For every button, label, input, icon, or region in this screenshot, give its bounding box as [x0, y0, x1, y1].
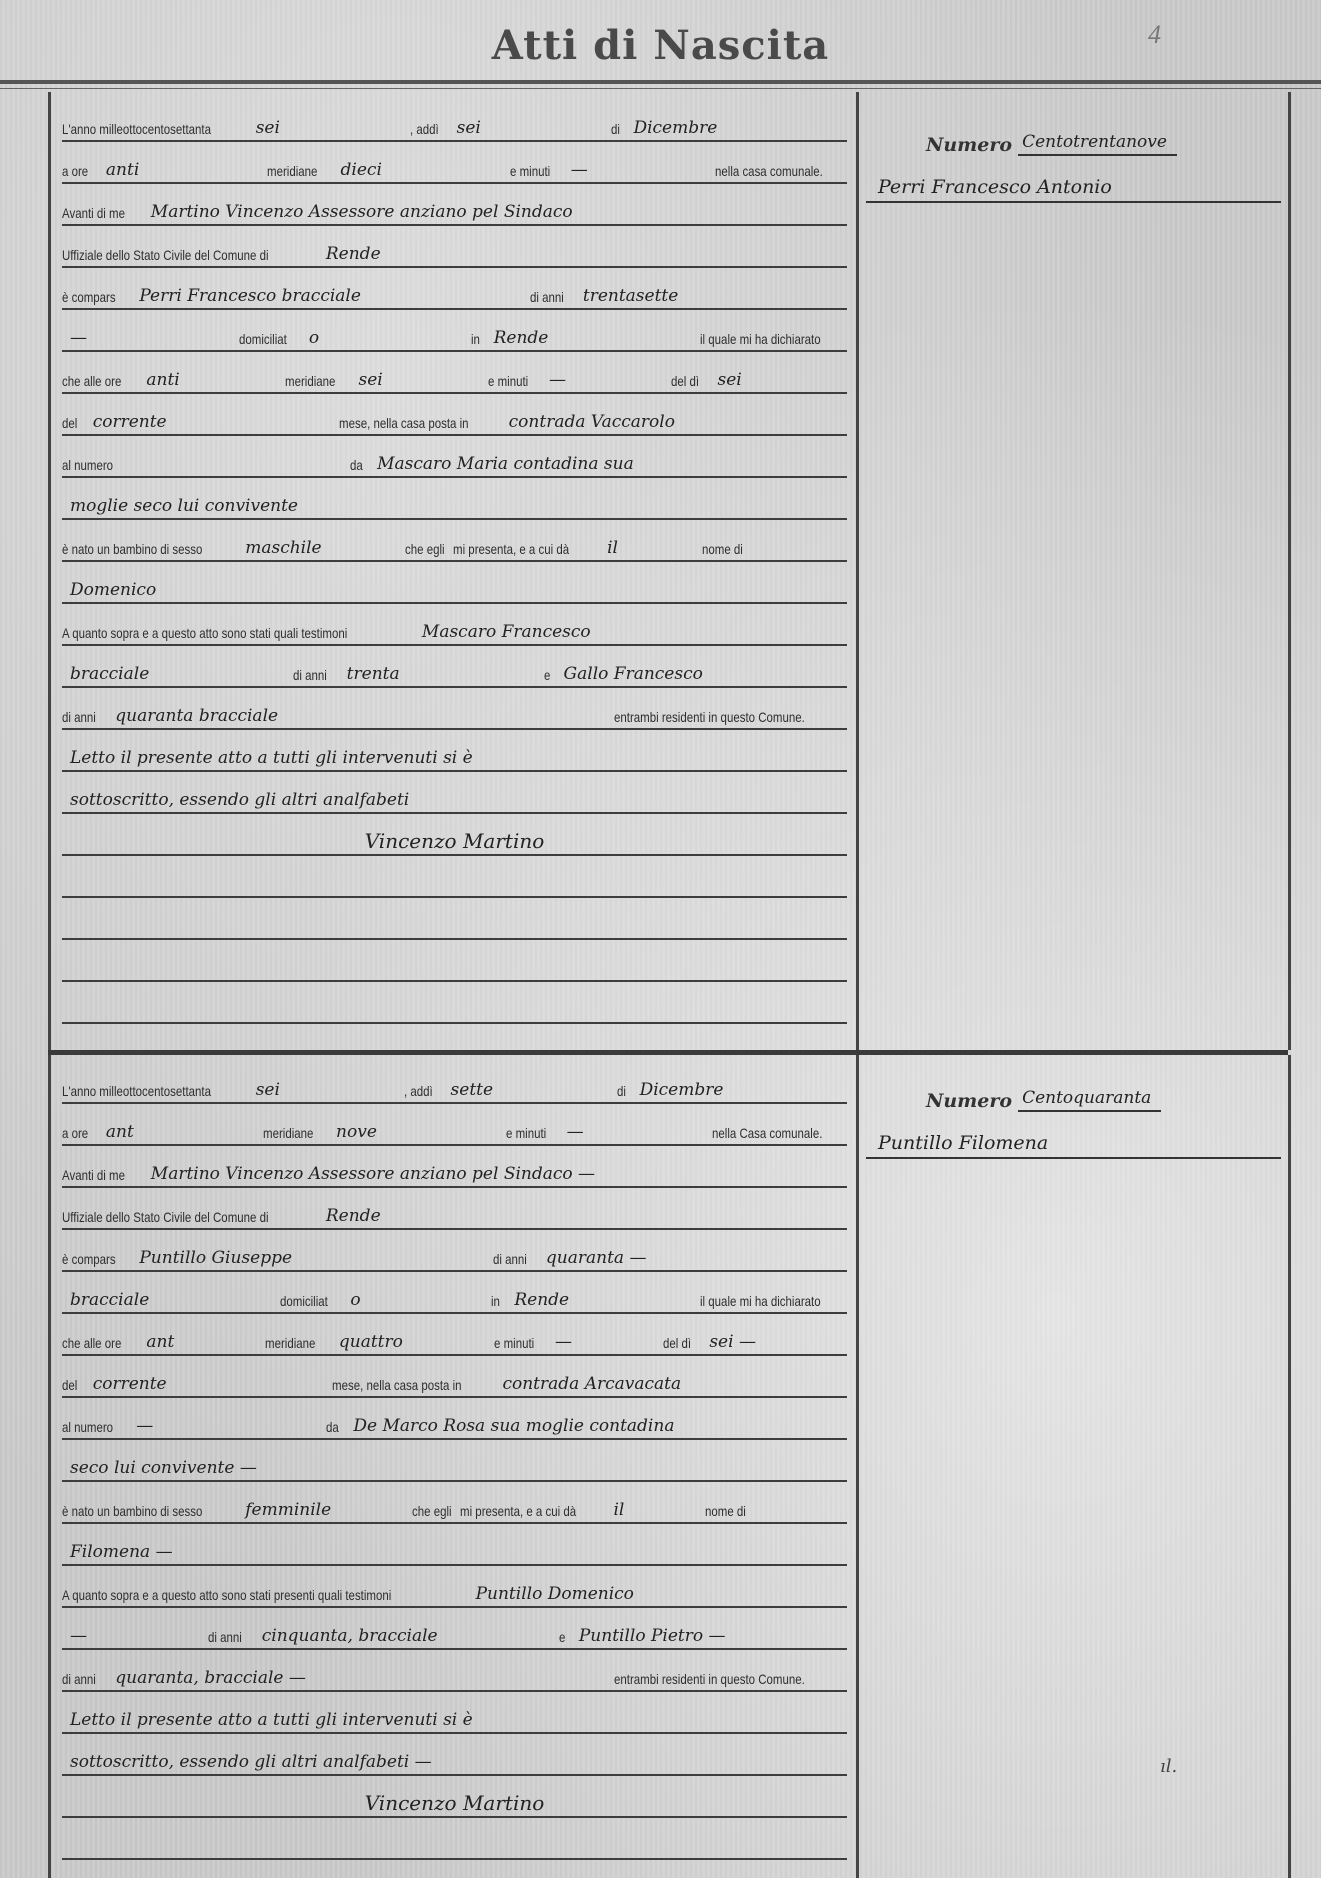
printed-label: a ore	[62, 1126, 88, 1144]
handwritten-value: Puntillo Domenico	[468, 1586, 642, 1606]
entry-2-number: Numero Centoquaranta	[866, 1068, 1281, 1112]
handwritten-value: anti	[98, 162, 147, 182]
blank-ruled-line	[62, 982, 847, 1024]
handwritten-value: quaranta bracciale	[107, 708, 286, 728]
printed-label: Uffiziale dello Stato Civile del Comune …	[62, 248, 269, 266]
printed-label: e minuti	[510, 164, 550, 182]
form-line: Uffiziale dello Stato Civile del Comune …	[62, 226, 847, 268]
printed-label: da	[350, 458, 363, 476]
printed-label: nella casa comunale.	[715, 164, 823, 182]
handwritten-value	[755, 557, 771, 560]
printed-label: di	[617, 1084, 626, 1102]
handwritten-value: nove	[328, 1124, 385, 1144]
printed-label: nome di	[702, 542, 743, 560]
printed-label: meridiane	[263, 1126, 313, 1144]
form-line: braccialedomiciliatoinRendeil quale mi h…	[62, 1272, 847, 1314]
printed-label: A quanto sopra e a questo atto sono stat…	[62, 1588, 391, 1606]
handwritten-value: corrente	[85, 1376, 175, 1396]
printed-label: e minuti	[494, 1336, 534, 1354]
handwritten-value: Rende	[506, 1292, 577, 1312]
handwritten-value: o	[301, 330, 327, 350]
entry-1-margin-frame	[856, 92, 1291, 1050]
form-line: che alle oreantimeridianeseie minuti—del…	[62, 352, 847, 394]
form-line: delcorrentemese, nella casa posta incont…	[62, 1356, 847, 1398]
printed-label: e	[544, 668, 550, 686]
handwritten-value	[128, 473, 144, 476]
handwritten-value: corrente	[85, 414, 175, 434]
form-line: è nato un bambino di sessomaschileche eg…	[62, 520, 847, 562]
form-line: seco lui convivente —	[62, 1440, 847, 1482]
officer-signature: Vincenzo Martino	[357, 1793, 553, 1816]
form-line: al numerodaMascaro Maria contadina sua	[62, 436, 847, 478]
printed-label: in	[471, 332, 480, 350]
handwritten-value: trenta	[339, 666, 408, 686]
handwritten-value: quattro	[331, 1334, 411, 1354]
printed-label: mi presenta, e a cui dà	[453, 542, 569, 560]
form-line: che alle oreantmeridianequattroe minuti—…	[62, 1314, 847, 1356]
form-line: —di annicinquanta, braccialeePuntillo Pi…	[62, 1608, 847, 1650]
handwritten-value: bracciale	[62, 666, 157, 686]
handwritten-value: maschile	[237, 540, 329, 560]
handwritten-value: —	[559, 1124, 592, 1144]
handwritten-value: De Marco Rosa sua moglie contadina	[345, 1418, 682, 1438]
handwritten-value: Martino Vincenzo Assessore anziano pel S…	[143, 1166, 603, 1186]
handwritten-value: —	[547, 1334, 580, 1354]
printed-label: A quanto sopra e a questo atto sono stat…	[62, 626, 347, 644]
form-line: A quanto sopra e a questo atto sono stat…	[62, 1566, 847, 1608]
form-line: Avanti di meMartino Vincenzo Assessore a…	[62, 1146, 847, 1188]
printed-label: che egli	[412, 1504, 452, 1522]
handwritten-value: cinquanta, bracciale	[254, 1628, 446, 1648]
handwritten-value: sei	[248, 1082, 288, 1102]
printed-label: del dì	[671, 374, 699, 392]
printed-label: , addì	[410, 122, 439, 140]
printed-label: L'anno milleottocentosettanta	[62, 122, 211, 140]
form-line: Avanti di meMartino Vincenzo Assessore a…	[62, 184, 847, 226]
number-label: Numero	[926, 1090, 1012, 1112]
form-line: Filomena —	[62, 1524, 847, 1566]
form-line: di anniquaranta, bracciale —entrambi res…	[62, 1650, 847, 1692]
form-line: Letto il presente atto a tutti gli inter…	[62, 1692, 847, 1734]
printed-label: mese, nella casa posta in	[339, 416, 469, 434]
number-value: Centotrentanove	[1018, 132, 1177, 156]
handwritten-value: contrada Arcavacata	[494, 1376, 689, 1396]
handwritten-value: seco lui convivente —	[62, 1460, 265, 1480]
form-line: a oreantmeridianenovee minuti—nella Casa…	[62, 1104, 847, 1146]
handwritten-value: —	[563, 162, 596, 182]
printed-label: entrambi residenti in questo Comune.	[614, 1672, 805, 1690]
printed-label: di anni	[493, 1252, 527, 1270]
handwritten-value: anti	[138, 372, 187, 392]
handwritten-value: bracciale	[62, 1292, 157, 1312]
printed-label: che alle ore	[62, 1336, 121, 1354]
number-value: Centoquaranta	[1018, 1088, 1161, 1112]
entry-1-margin-name: Perri Francesco Antonio	[866, 156, 1281, 203]
printed-label: che egli	[405, 542, 445, 560]
handwritten-value: quaranta —	[538, 1250, 655, 1270]
page-corner-mark: 4	[1148, 20, 1161, 50]
form-line: Letto il presente atto a tutti gli inter…	[62, 730, 847, 772]
form-line: L'anno milleottocentosettantasei, addìse…	[62, 100, 847, 142]
printed-label: nome di	[705, 1504, 746, 1522]
handwritten-value: sei	[350, 372, 390, 392]
form-line: L'anno milleottocentosettantasei, addìse…	[62, 1062, 847, 1104]
officer-signature: Vincenzo Martino	[357, 831, 553, 854]
entry-2-margin: Numero Centoquaranta Puntillo Filomena	[866, 1068, 1281, 1159]
printed-label: il quale mi ha dichiarato	[700, 332, 821, 350]
entry-separator	[48, 1050, 1288, 1055]
handwritten-value: —	[128, 1418, 161, 1438]
handwritten-value	[759, 1519, 775, 1522]
handwritten-value: ant	[98, 1124, 142, 1144]
printed-label: nella Casa comunale.	[712, 1126, 822, 1144]
form-line: delcorrentemese, nella casa posta incont…	[62, 394, 847, 436]
handwritten-value: sei	[710, 372, 750, 392]
form-line: è comparsPerri Francesco braccialedi ann…	[62, 268, 847, 310]
handwritten-value: sei —	[701, 1334, 764, 1354]
handwritten-value: Dicembre	[625, 120, 725, 140]
handwritten-value: moglie seco lui convivente	[62, 498, 306, 518]
handwritten-value: sottoscritto, essendo gli altri analfabe…	[62, 792, 417, 812]
entry-2-margin-name: Puntillo Filomena	[866, 1112, 1281, 1159]
form-line: Vincenzo Martino	[62, 1776, 847, 1818]
handwritten-value: sette	[443, 1082, 502, 1102]
handwritten-value: il	[605, 1502, 632, 1522]
handwritten-value: quaranta, bracciale —	[107, 1670, 314, 1690]
printed-label: domiciliat	[280, 1294, 328, 1312]
handwritten-value: —	[62, 330, 95, 350]
handwritten-value: —	[62, 1628, 95, 1648]
printed-label: del dì	[663, 1336, 691, 1354]
printed-label: Uffiziale dello Stato Civile del Comune …	[62, 1210, 269, 1228]
form-line: sottoscritto, essendo gli altri analfabe…	[62, 1734, 847, 1776]
handwritten-value: dieci	[333, 162, 390, 182]
handwritten-value: il	[599, 540, 626, 560]
handwritten-value: sei	[449, 120, 489, 140]
form-line: è comparsPuntillo Giuseppedi anniquarant…	[62, 1230, 847, 1272]
handwritten-value: Puntillo Giuseppe	[131, 1250, 300, 1270]
blank-ruled-line	[62, 898, 847, 940]
printed-label: meridiane	[285, 374, 335, 392]
form-line: Uffiziale dello Stato Civile del Comune …	[62, 1188, 847, 1230]
handwritten-value: Martino Vincenzo Assessore anziano pel S…	[143, 204, 581, 224]
printed-label: e	[559, 1630, 565, 1648]
printed-label: che alle ore	[62, 374, 121, 392]
entry-2-margin-frame	[856, 1055, 1291, 1878]
header-rule	[0, 80, 1321, 84]
entry-1-form: L'anno milleottocentosettantasei, addìse…	[62, 100, 847, 1024]
handwritten-value: o	[342, 1292, 368, 1312]
printed-label: di anni	[62, 1672, 96, 1690]
handwritten-value: Filomena —	[62, 1544, 181, 1564]
entry-1-margin: Numero Centotrentanove Perri Francesco A…	[866, 112, 1281, 203]
handwritten-value: Rende	[318, 246, 389, 266]
form-line: sottoscritto, essendo gli altri analfabe…	[62, 772, 847, 814]
form-line: braccialedi annitrentaeGallo Francesco	[62, 646, 847, 688]
handwritten-value: contrada Vaccarolo	[501, 414, 683, 434]
printed-label: meridiane	[267, 164, 317, 182]
handwritten-value: Mascaro Francesco	[414, 624, 599, 644]
header-rule-thin	[0, 88, 1321, 89]
handwritten-value: Rende	[318, 1208, 389, 1228]
printed-label: da	[326, 1420, 339, 1438]
printed-label: di anni	[293, 668, 327, 686]
handwritten-value: Dicembre	[632, 1082, 732, 1102]
entry-1-number: Numero Centotrentanove	[866, 112, 1281, 156]
printed-label: Avanti di me	[62, 206, 125, 224]
form-line: A quanto sopra e a questo atto sono stat…	[62, 604, 847, 646]
printed-label: di anni	[208, 1630, 242, 1648]
blank-ruled-line	[62, 856, 847, 898]
form-line: —domiciliatoinRendeil quale mi ha dichia…	[62, 310, 847, 352]
printed-label: al numero	[62, 1420, 113, 1438]
printed-label: di	[611, 122, 620, 140]
handwritten-value: Letto il presente atto a tutti gli inter…	[62, 1712, 481, 1732]
handwritten-value: Gallo Francesco	[556, 666, 711, 686]
printed-label: in	[491, 1294, 500, 1312]
printed-label: domiciliat	[239, 332, 287, 350]
form-line: moglie seco lui convivente	[62, 478, 847, 520]
handwritten-value: femminile	[237, 1502, 339, 1522]
printed-label: meridiane	[265, 1336, 315, 1354]
printed-label: del	[62, 416, 77, 434]
handwritten-value: Puntillo Pietro —	[571, 1628, 734, 1648]
printed-label: entrambi residenti in questo Comune.	[614, 710, 805, 728]
printed-label: mese, nella casa posta in	[332, 1378, 462, 1396]
handwritten-value: trentasette	[575, 288, 686, 308]
printed-label: di anni	[530, 290, 564, 308]
form-line: è nato un bambino di sessofemminileche e…	[62, 1482, 847, 1524]
entry-2-form: L'anno milleottocentosettantasei, addìse…	[62, 1062, 847, 1860]
blank-ruled-line	[62, 940, 847, 982]
handwritten-value: sottoscritto, essendo gli altri analfabe…	[62, 1754, 440, 1774]
stray-mark: ıl.	[1160, 1756, 1177, 1777]
printed-label: di anni	[62, 710, 96, 728]
printed-label: Avanti di me	[62, 1168, 125, 1186]
printed-label: L'anno milleottocentosettanta	[62, 1084, 211, 1102]
handwritten-value: Domenico	[62, 582, 164, 602]
handwritten-value: ant	[138, 1334, 182, 1354]
handwritten-value: Perri Francesco bracciale	[131, 288, 369, 308]
form-line: al numero—daDe Marco Rosa sua moglie con…	[62, 1398, 847, 1440]
handwritten-value: Letto il presente atto a tutti gli inter…	[62, 750, 481, 770]
handwritten-value: Rende	[486, 330, 557, 350]
blank-ruled-line	[62, 1818, 847, 1860]
form-line: a oreantimeridianediecie minuti—nella ca…	[62, 142, 847, 184]
printed-label: al numero	[62, 458, 113, 476]
printed-label: il quale mi ha dichiarato	[700, 1294, 821, 1312]
handwritten-value: —	[541, 372, 574, 392]
form-line: Domenico	[62, 562, 847, 604]
printed-label: e minuti	[488, 374, 528, 392]
printed-label: è nato un bambino di sesso	[62, 542, 202, 560]
printed-label: è nato un bambino di sesso	[62, 1504, 202, 1522]
handwritten-value: Mascaro Maria contadina sua	[369, 456, 642, 476]
number-label: Numero	[926, 134, 1012, 156]
printed-label: e minuti	[506, 1126, 546, 1144]
form-line: di anniquaranta braccialeentrambi reside…	[62, 688, 847, 730]
printed-label: a ore	[62, 164, 88, 182]
printed-label: mi presenta, e a cui dà	[460, 1504, 576, 1522]
printed-label: del	[62, 1378, 77, 1396]
printed-label: , addì	[404, 1084, 433, 1102]
printed-label: è compars	[62, 1252, 116, 1270]
form-line: Vincenzo Martino	[62, 814, 847, 856]
handwritten-value: sei	[248, 120, 288, 140]
document-title: Atti di Nascita	[0, 22, 1321, 69]
printed-label: è compars	[62, 290, 116, 308]
